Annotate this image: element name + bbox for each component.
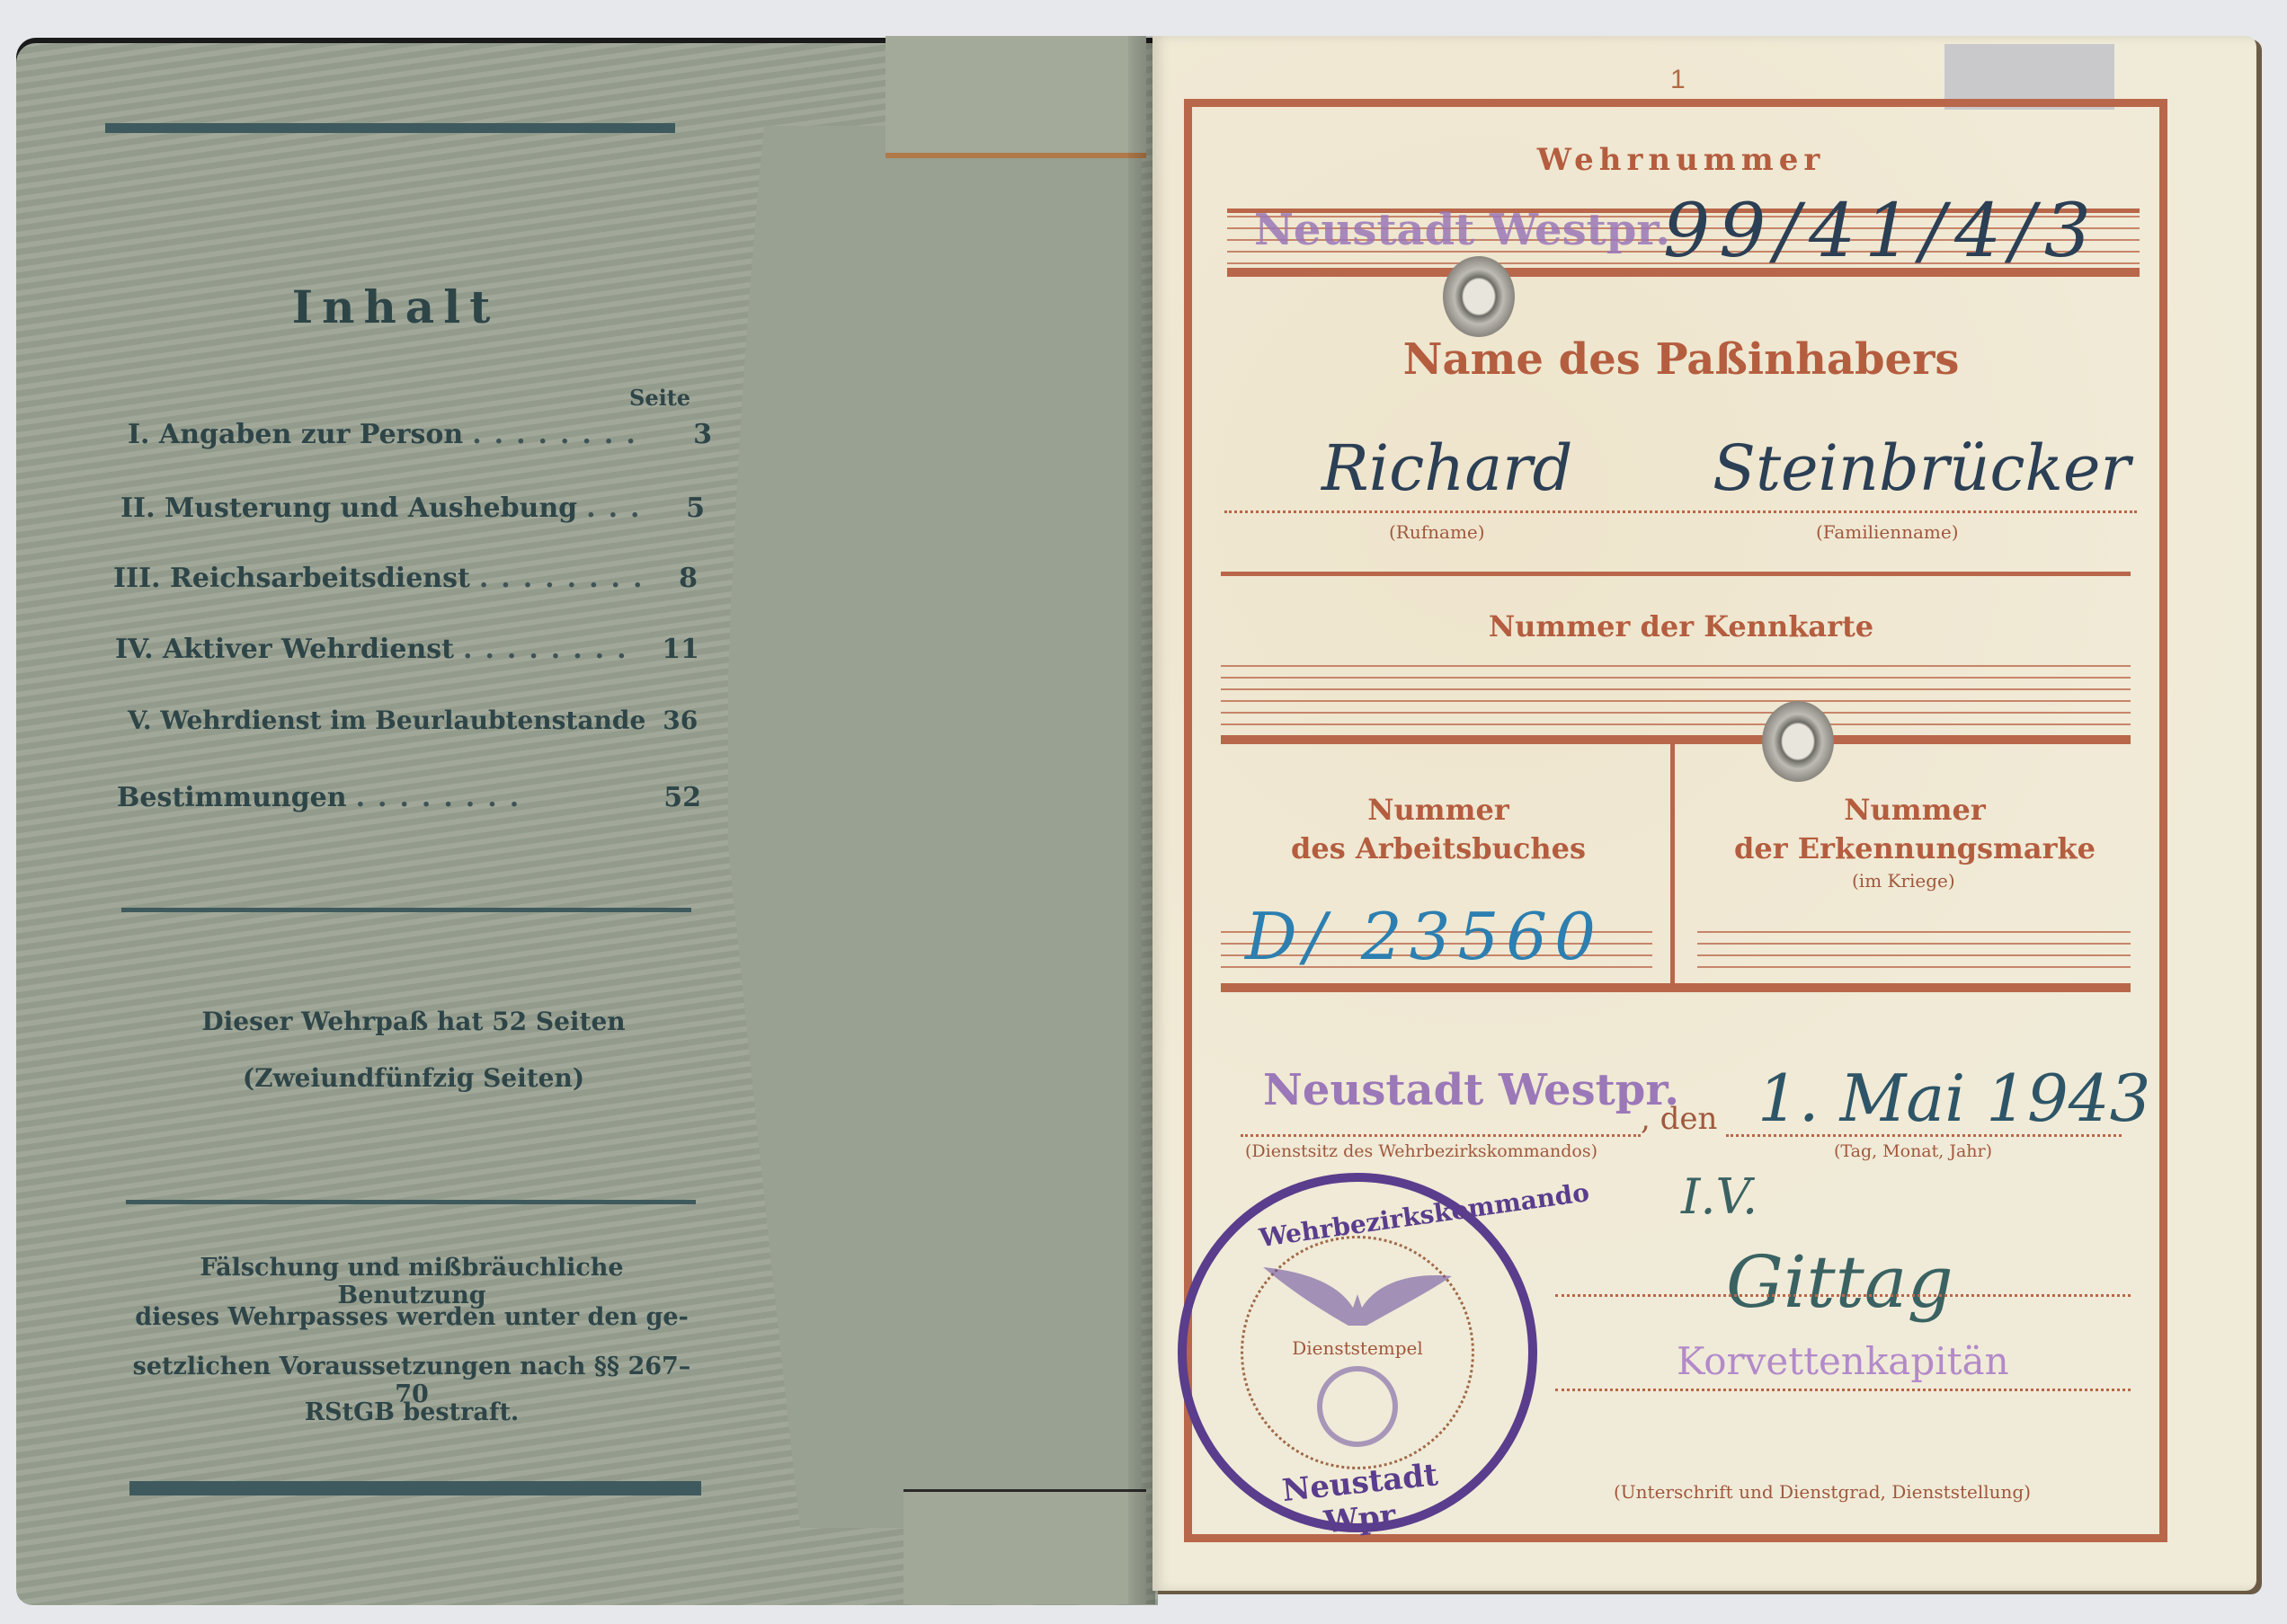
toc-entry-page: 36 — [656, 706, 698, 735]
toc-row: II. Musterung und Aushebung ........ 5 — [120, 493, 705, 524]
warning-line: RStGB bestraft. — [124, 1398, 699, 1426]
erkennungsmarke-note: (im Kriege) — [1852, 870, 1955, 892]
rank-dotted-line — [1555, 1389, 2131, 1391]
warning-line: Fälschung und mißbräuchliche Benutzung — [124, 1254, 699, 1309]
signature-dotted-line — [1555, 1294, 2131, 1297]
grommet-eyelet — [1762, 701, 1834, 782]
arbeitsbuch-label-2: des Arbeitsbuches — [1259, 831, 1618, 865]
page-count-statement: Dieser Wehrpaß hat 52 Seiten — [135, 1007, 692, 1036]
toc-entry-title: II. Musterung und Aushebung — [120, 493, 577, 524]
kennkarte-lines — [1221, 665, 2131, 735]
place-caption: (Dienstsitz des Wehrbezirkskommandos) — [1245, 1141, 1597, 1161]
form-rule — [1221, 983, 2131, 992]
toc-entry-page: 8 — [656, 563, 698, 594]
iv-note: I.V. — [1681, 1168, 1758, 1225]
wehrnummer-label: Wehrnummer — [1438, 142, 1924, 178]
toc-entry-title: IV. Aktiver Wehrdienst — [115, 634, 454, 665]
toc-row: Bestimmungen ........ 52 — [117, 782, 701, 813]
form-column-divider — [1670, 742, 1675, 985]
warning-line: dieses Wehrpasses werden unter den ge- — [124, 1303, 699, 1331]
date-value: 1. Mai 1943 — [1758, 1060, 2150, 1136]
toc-row: IV. Aktiver Wehrdienst ........ 11 — [115, 634, 699, 665]
toc-entry-title: Bestimmungen — [117, 782, 347, 813]
pocket-bottom-strip — [903, 1489, 1146, 1604]
divider-rule — [121, 908, 691, 912]
wehrnummer-value: 99/41/4/3 — [1663, 189, 2100, 274]
erkennungsmarke-lines — [1697, 931, 2131, 978]
toc-entry-page: 5 — [663, 493, 705, 524]
grommet-eyelet — [1443, 256, 1515, 337]
toc-entry-title: I. Angaben zur Person — [128, 419, 463, 450]
wehrnummer-place-stamp: Neustadt Westpr. — [1254, 205, 1670, 255]
toc-title: Inhalt — [270, 280, 521, 333]
signature: Gittag — [1726, 1240, 1953, 1324]
toc-leader: ........ — [463, 634, 649, 665]
place-dotted-line — [1241, 1134, 1641, 1137]
page-count-spelled: (Zweiundfünfzig Seiten) — [135, 1063, 692, 1093]
date-caption: (Tag, Monat, Jahr) — [1834, 1141, 1992, 1161]
first-name-caption: (Rufname) — [1389, 521, 1485, 543]
signature-caption: (Unterschrift und Dienstgrad, Dienststel… — [1614, 1481, 2031, 1503]
form-rule — [1221, 572, 2131, 576]
toc-leader: ........ — [479, 563, 647, 594]
stamp-center-text: Dienststempel — [1277, 1337, 1438, 1359]
last-name-value: Steinbrücker — [1713, 431, 2131, 505]
spine-shadow — [1128, 36, 1155, 1604]
toc-leader: ........ — [472, 419, 662, 450]
toc-leader: ........ — [586, 493, 654, 524]
toc-entry-page: 3 — [671, 419, 712, 450]
name-heading: Name des Paßinhabers — [1366, 334, 1996, 385]
eagle-emblem-icon — [1254, 1258, 1461, 1339]
toc-entry-page: 52 — [660, 782, 701, 813]
pocket-top-strip — [885, 36, 1146, 158]
cover-pocket-flap — [728, 126, 1142, 1528]
form-rule — [1221, 735, 2131, 744]
toc-entry-title: III. Reichsarbeitsdienst — [113, 563, 470, 594]
toc-row: III. Reichsarbeitsdienst ........ 8 — [113, 563, 698, 594]
place-stamp: Neustadt Westpr. — [1263, 1065, 1679, 1115]
erkennungsmarke-label-2: der Erkennungsmarke — [1708, 831, 2122, 865]
kennkarte-label: Nummer der Kennkarte — [1438, 609, 1924, 643]
last-name-caption: (Familienname) — [1816, 521, 1959, 543]
toc-entry-page: 11 — [658, 634, 699, 665]
arbeitsbuch-value: D/ 23560 — [1245, 899, 1603, 974]
divider-rule-top — [105, 123, 675, 133]
date-connector: , den — [1641, 1101, 1717, 1137]
toc-leader: ........ — [356, 782, 651, 813]
page-number: 1 — [1670, 65, 1686, 95]
name-dotted-line — [1224, 510, 2137, 513]
toc-page-column-label: Seite — [629, 385, 690, 411]
rank-stamp: Korvettenkapitän — [1677, 1339, 2009, 1383]
first-name-value: Richard — [1321, 431, 1572, 505]
divider-rule — [126, 1200, 696, 1204]
divider-rule-bottom — [129, 1481, 701, 1495]
arbeitsbuch-label-1: Nummer — [1259, 793, 1618, 827]
erkennungsmarke-label-1: Nummer — [1708, 793, 2122, 827]
toc-row: V. Wehrdienst im Beurlaubtenstande 36 — [128, 706, 694, 735]
wreath-emblem-icon — [1317, 1366, 1398, 1447]
toc-row: I. Angaben zur Person ........ 3 — [128, 419, 712, 450]
toc-entry-title: V. Wehrdienst im Beurlaubtenstande — [128, 706, 645, 735]
